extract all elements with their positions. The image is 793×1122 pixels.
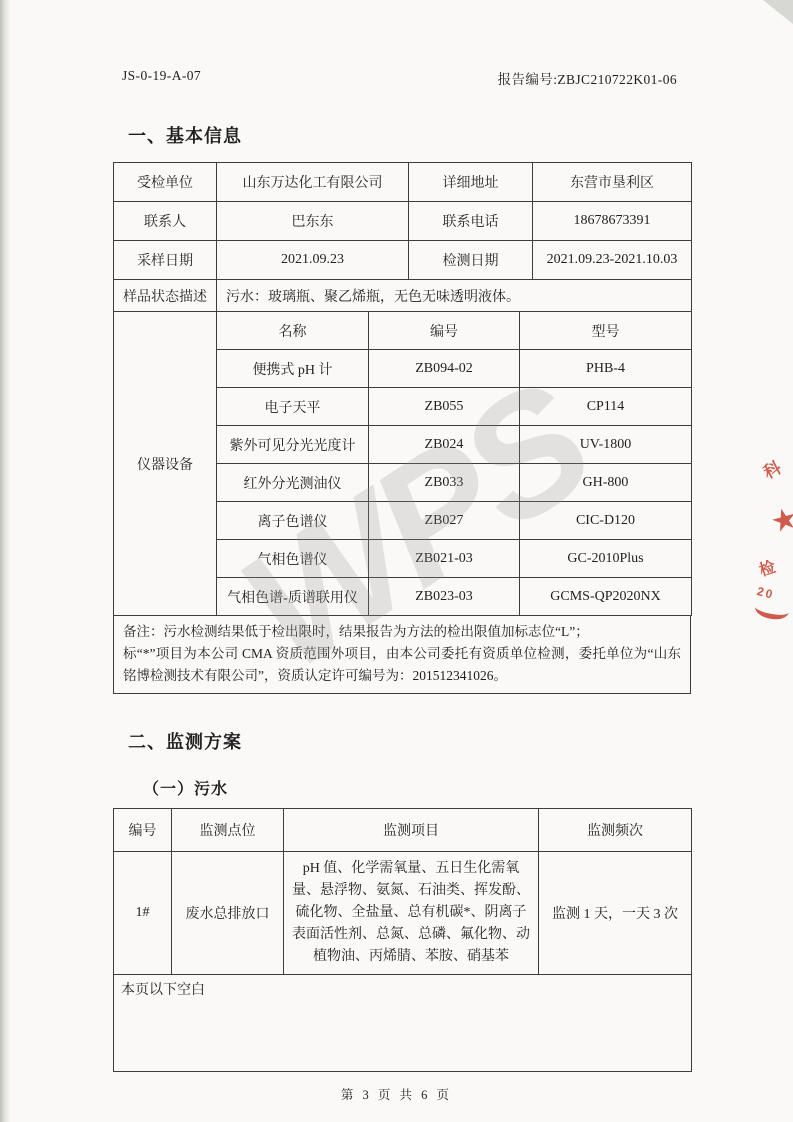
monitoring-point: 废水总排放口	[172, 852, 284, 975]
section2-subtitle: （一）污水	[143, 776, 793, 799]
table-row: 1# 废水总排放口 pH 值、化学需氧量、五日生化需氧量、悬浮物、氨氮、石油类、…	[114, 852, 692, 975]
instrument-code: ZB094-02	[369, 350, 520, 388]
star-icon: ★	[767, 500, 793, 541]
instrument-model: GCMS-QP2020NX	[520, 578, 692, 616]
group-label: 仪器设备	[114, 312, 217, 616]
instrument-code: ZB023-03	[369, 578, 520, 616]
instrument-code: ZB033	[369, 464, 520, 502]
document-header: JS-0-19-A-07 报告编号:ZBJC210722K01-06	[0, 0, 793, 88]
point-number: 1#	[114, 852, 172, 975]
field-value: 18678673391	[533, 202, 692, 241]
remarks-line: 标“*”项目为本公司 CMA 资质范围外项目，由本公司委托有资质单位检测，委托单…	[123, 643, 681, 687]
monitoring-items: pH 值、化学需氧量、五日生化需氧量、悬浮物、氨氮、石油类、挥发酚、硫化物、全盐…	[284, 852, 539, 975]
instrument-code: ZB024	[369, 426, 520, 464]
instrument-model: PHB-4	[520, 350, 692, 388]
instrument-code: ZB027	[369, 502, 520, 540]
instrument-name: 电子天平	[217, 388, 369, 426]
field-label: 检测日期	[409, 241, 533, 280]
field-label: 采样日期	[114, 241, 217, 280]
basic-info-table: 受检单位 山东万达化工有限公司 详细地址 东营市垦利区 联系人 巴东东 联系电话…	[113, 162, 692, 312]
table-header-row: 编号 监测点位 监测项目 监测频次	[114, 809, 692, 852]
instrument-model: CIC-D120	[520, 502, 692, 540]
field-label: 样品状态描述	[114, 280, 217, 312]
column-header: 编号	[369, 312, 520, 350]
report-number: 报告编号:ZBJC210722K01-06	[498, 68, 677, 88]
instrument-code: ZB055	[369, 388, 520, 426]
table-row: 联系人 巴东东 联系电话 18678673391	[114, 202, 692, 241]
column-header: 编号	[114, 809, 172, 852]
table-row: 仪器设备 名称 编号 型号	[114, 312, 692, 350]
instrument-name: 紫外可见分光光度计	[217, 426, 369, 464]
instrument-name: 气相色谱仪	[217, 540, 369, 578]
red-seal-stamp: 科 ★ 检 20	[741, 448, 793, 620]
table-row: 样品状态描述 污水：玻璃瓶、聚乙烯瓶，无色无味透明液体。	[114, 280, 692, 312]
instruments-table: 仪器设备 名称 编号 型号 便携式 pH 计 ZB094-02 PHB-4 电子…	[113, 311, 692, 616]
column-header: 监测频次	[539, 809, 692, 852]
table-row: 受检单位 山东万达化工有限公司 详细地址 东营市垦利区	[114, 163, 692, 202]
column-header: 名称	[217, 312, 369, 350]
stamp-arc	[754, 597, 791, 620]
column-header: 监测点位	[172, 809, 284, 852]
instrument-name: 离子色谱仪	[217, 502, 369, 540]
field-label: 联系人	[114, 202, 217, 241]
remarks-block: 备注：污水检测结果低于检出限时，结果报告为方法的检出限值加标志位“L”； 标“*…	[113, 615, 691, 694]
sample-description: 污水：玻璃瓶、聚乙烯瓶，无色无味透明液体。	[217, 280, 692, 312]
field-value: 2021.09.23-2021.10.03	[533, 241, 692, 280]
instrument-model: GC-2010Plus	[520, 540, 692, 578]
table-row: 采样日期 2021.09.23 检测日期 2021.09.23-2021.10.…	[114, 241, 692, 280]
section2-title: 二、监测方案	[128, 728, 793, 754]
instrument-model: GH-800	[520, 464, 692, 502]
field-value: 山东万达化工有限公司	[217, 163, 409, 202]
instrument-name: 气相色谱-质谱联用仪	[217, 578, 369, 616]
monitoring-frequency: 监测 1 天，一天 3 次	[539, 852, 692, 975]
instrument-name: 便携式 pH 计	[217, 350, 369, 388]
report-page: WPS 科 ★ 检 20 JS-0-19-A-07 报告编号:ZBJC21072…	[0, 0, 793, 1122]
field-label: 详细地址	[409, 163, 533, 202]
field-label: 受检单位	[114, 163, 217, 202]
instrument-code: ZB021-03	[369, 540, 520, 578]
table-row: 本页以下空白	[114, 975, 692, 1072]
page-content: JS-0-19-A-07 报告编号:ZBJC210722K01-06 一、基本信…	[0, 0, 793, 1103]
column-header: 型号	[520, 312, 692, 350]
instrument-model: CP114	[520, 388, 692, 426]
instrument-model: UV-1800	[520, 426, 692, 464]
page-number: 第 3 页 共 6 页	[0, 1085, 793, 1103]
field-value: 东营市垦利区	[533, 163, 692, 202]
section1-title: 一、基本信息	[128, 122, 793, 148]
remarks-line: 备注：污水检测结果低于检出限时，结果报告为方法的检出限值加标志位“L”；	[123, 621, 681, 643]
stamp-character: 科	[758, 453, 785, 483]
form-code: JS-0-19-A-07	[122, 68, 201, 88]
field-value: 巴东东	[217, 202, 409, 241]
stamp-character: 检	[756, 554, 778, 581]
monitoring-plan-table: 编号 监测点位 监测项目 监测频次 1# 废水总排放口 pH 值、化学需氧量、五…	[113, 808, 692, 1072]
blank-page-note: 本页以下空白	[114, 975, 692, 1072]
column-header: 监测项目	[284, 809, 539, 852]
field-label: 联系电话	[409, 202, 533, 241]
field-value: 2021.09.23	[217, 241, 409, 280]
instrument-name: 红外分光测油仪	[217, 464, 369, 502]
